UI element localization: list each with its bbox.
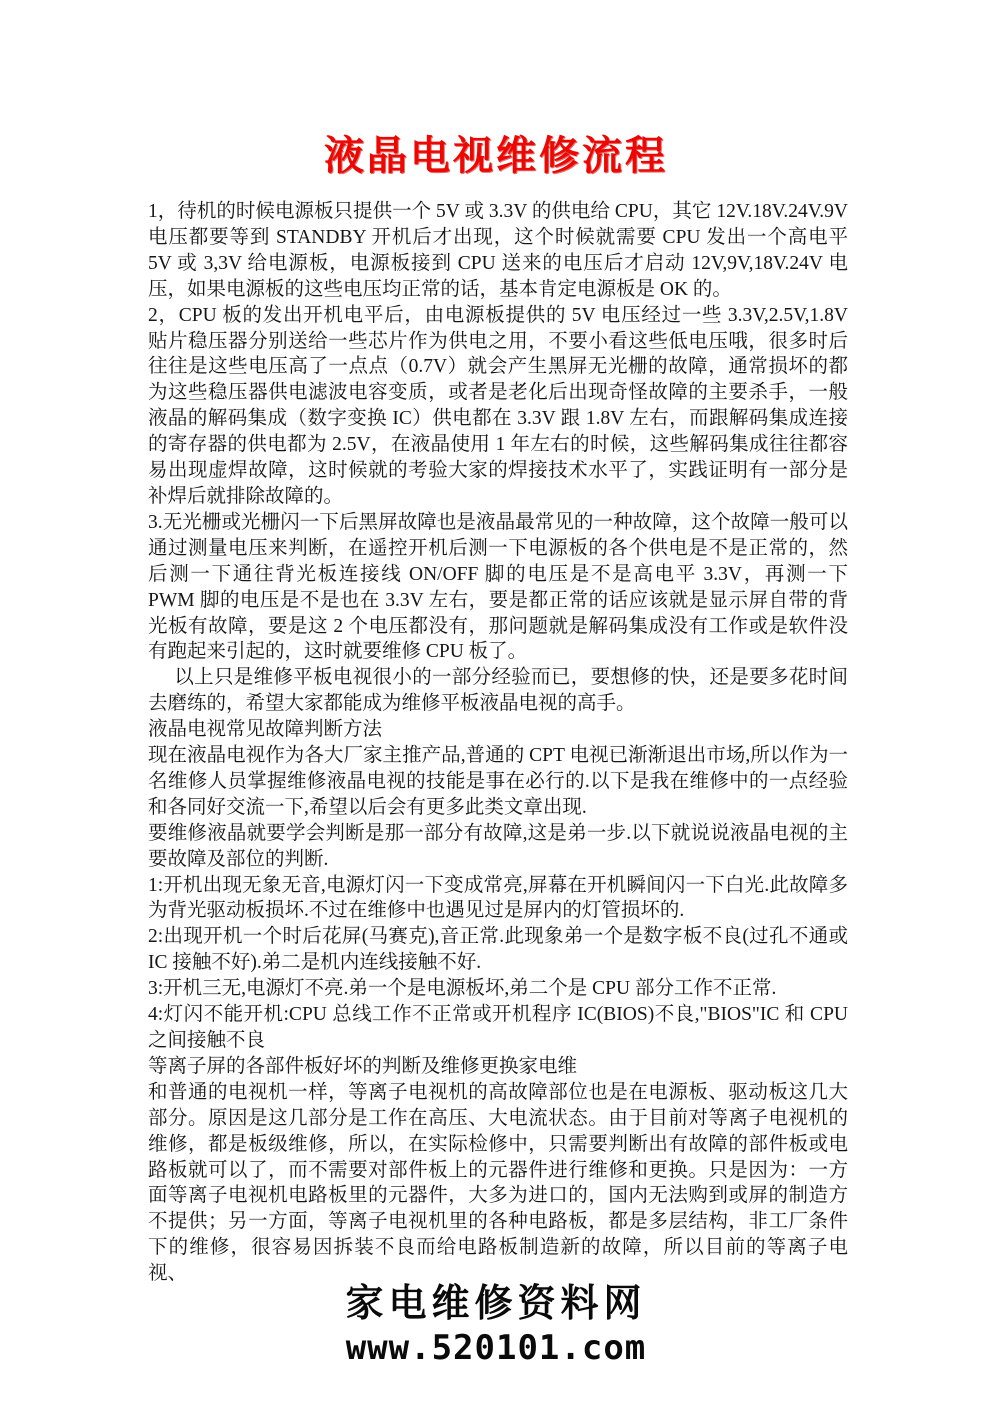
paragraph-9: 2:出现开机一个时后花屏(马赛克),音正常.此现象弟一个是数字板不良(过孔不通或…	[148, 924, 848, 976]
watermark-site-name: 家电维修资料网	[0, 1280, 992, 1328]
paragraph-8: 1:开机出现无象无音,电源灯闪一下变成常亮,屏幕在开机瞬间闪一下白光.此故障多为…	[148, 873, 848, 925]
paragraph-5-section-heading: 液晶电视常见故障判断方法	[148, 717, 848, 743]
paragraph-11: 4:灯闪不能开机:CPU 总线工作不正常或开机程序 IC(BIOS)不良,"BI…	[148, 1002, 848, 1054]
watermark-logo: 家电维修资料网 www.520101.com	[0, 1280, 992, 1368]
watermark-site-url: www.520101.com	[0, 1328, 992, 1368]
paragraph-7: 要维修液晶就要学会判断是那一部分有故障,这是弟一步.以下就说说液晶电视的主要故障…	[148, 821, 848, 873]
paragraph-12-section-heading: 等离子屏的各部件板好坏的判断及维修更换家电维	[148, 1054, 848, 1080]
paragraph-1: 1，待机的时候电源板只提供一个 5V 或 3.3V 的供电给 CPU，其它 12…	[148, 199, 848, 303]
paragraph-3: 3.无光栅或光栅闪一下后黑屏故障也是液晶最常见的一种故障，这个故障一般可以通过测…	[148, 510, 848, 665]
paragraph-6: 现在液晶电视作为各大厂家主推产品,普通的 CPT 电视已渐渐退出市场,所以作为一…	[148, 743, 848, 821]
document-body: 1，待机的时候电源板只提供一个 5V 或 3.3V 的供电给 CPU，其它 12…	[148, 199, 848, 1287]
document-title: 液晶电视维修流程	[0, 130, 992, 182]
document-page: 液晶电视维修流程 1，待机的时候电源板只提供一个 5V 或 3.3V 的供电给 …	[0, 0, 992, 1404]
paragraph-4: 以上只是维修平板电视很小的一部分经验而已，要想修的快，还是要多花时间去磨练的，希…	[148, 665, 848, 717]
paragraph-2: 2，CPU 板的发出开机电平后，由电源板提供的 5V 电压经过一些 3.3V,2…	[148, 303, 848, 510]
paragraph-13: 和普通的电视机一样，等离子电视机的高故障部位也是在电源板、驱动板这几大部分。原因…	[148, 1080, 848, 1287]
paragraph-10: 3:开机三无,电源灯不亮.弟一个是电源板坏,弟二个是 CPU 部分工作不正常.	[148, 976, 848, 1002]
